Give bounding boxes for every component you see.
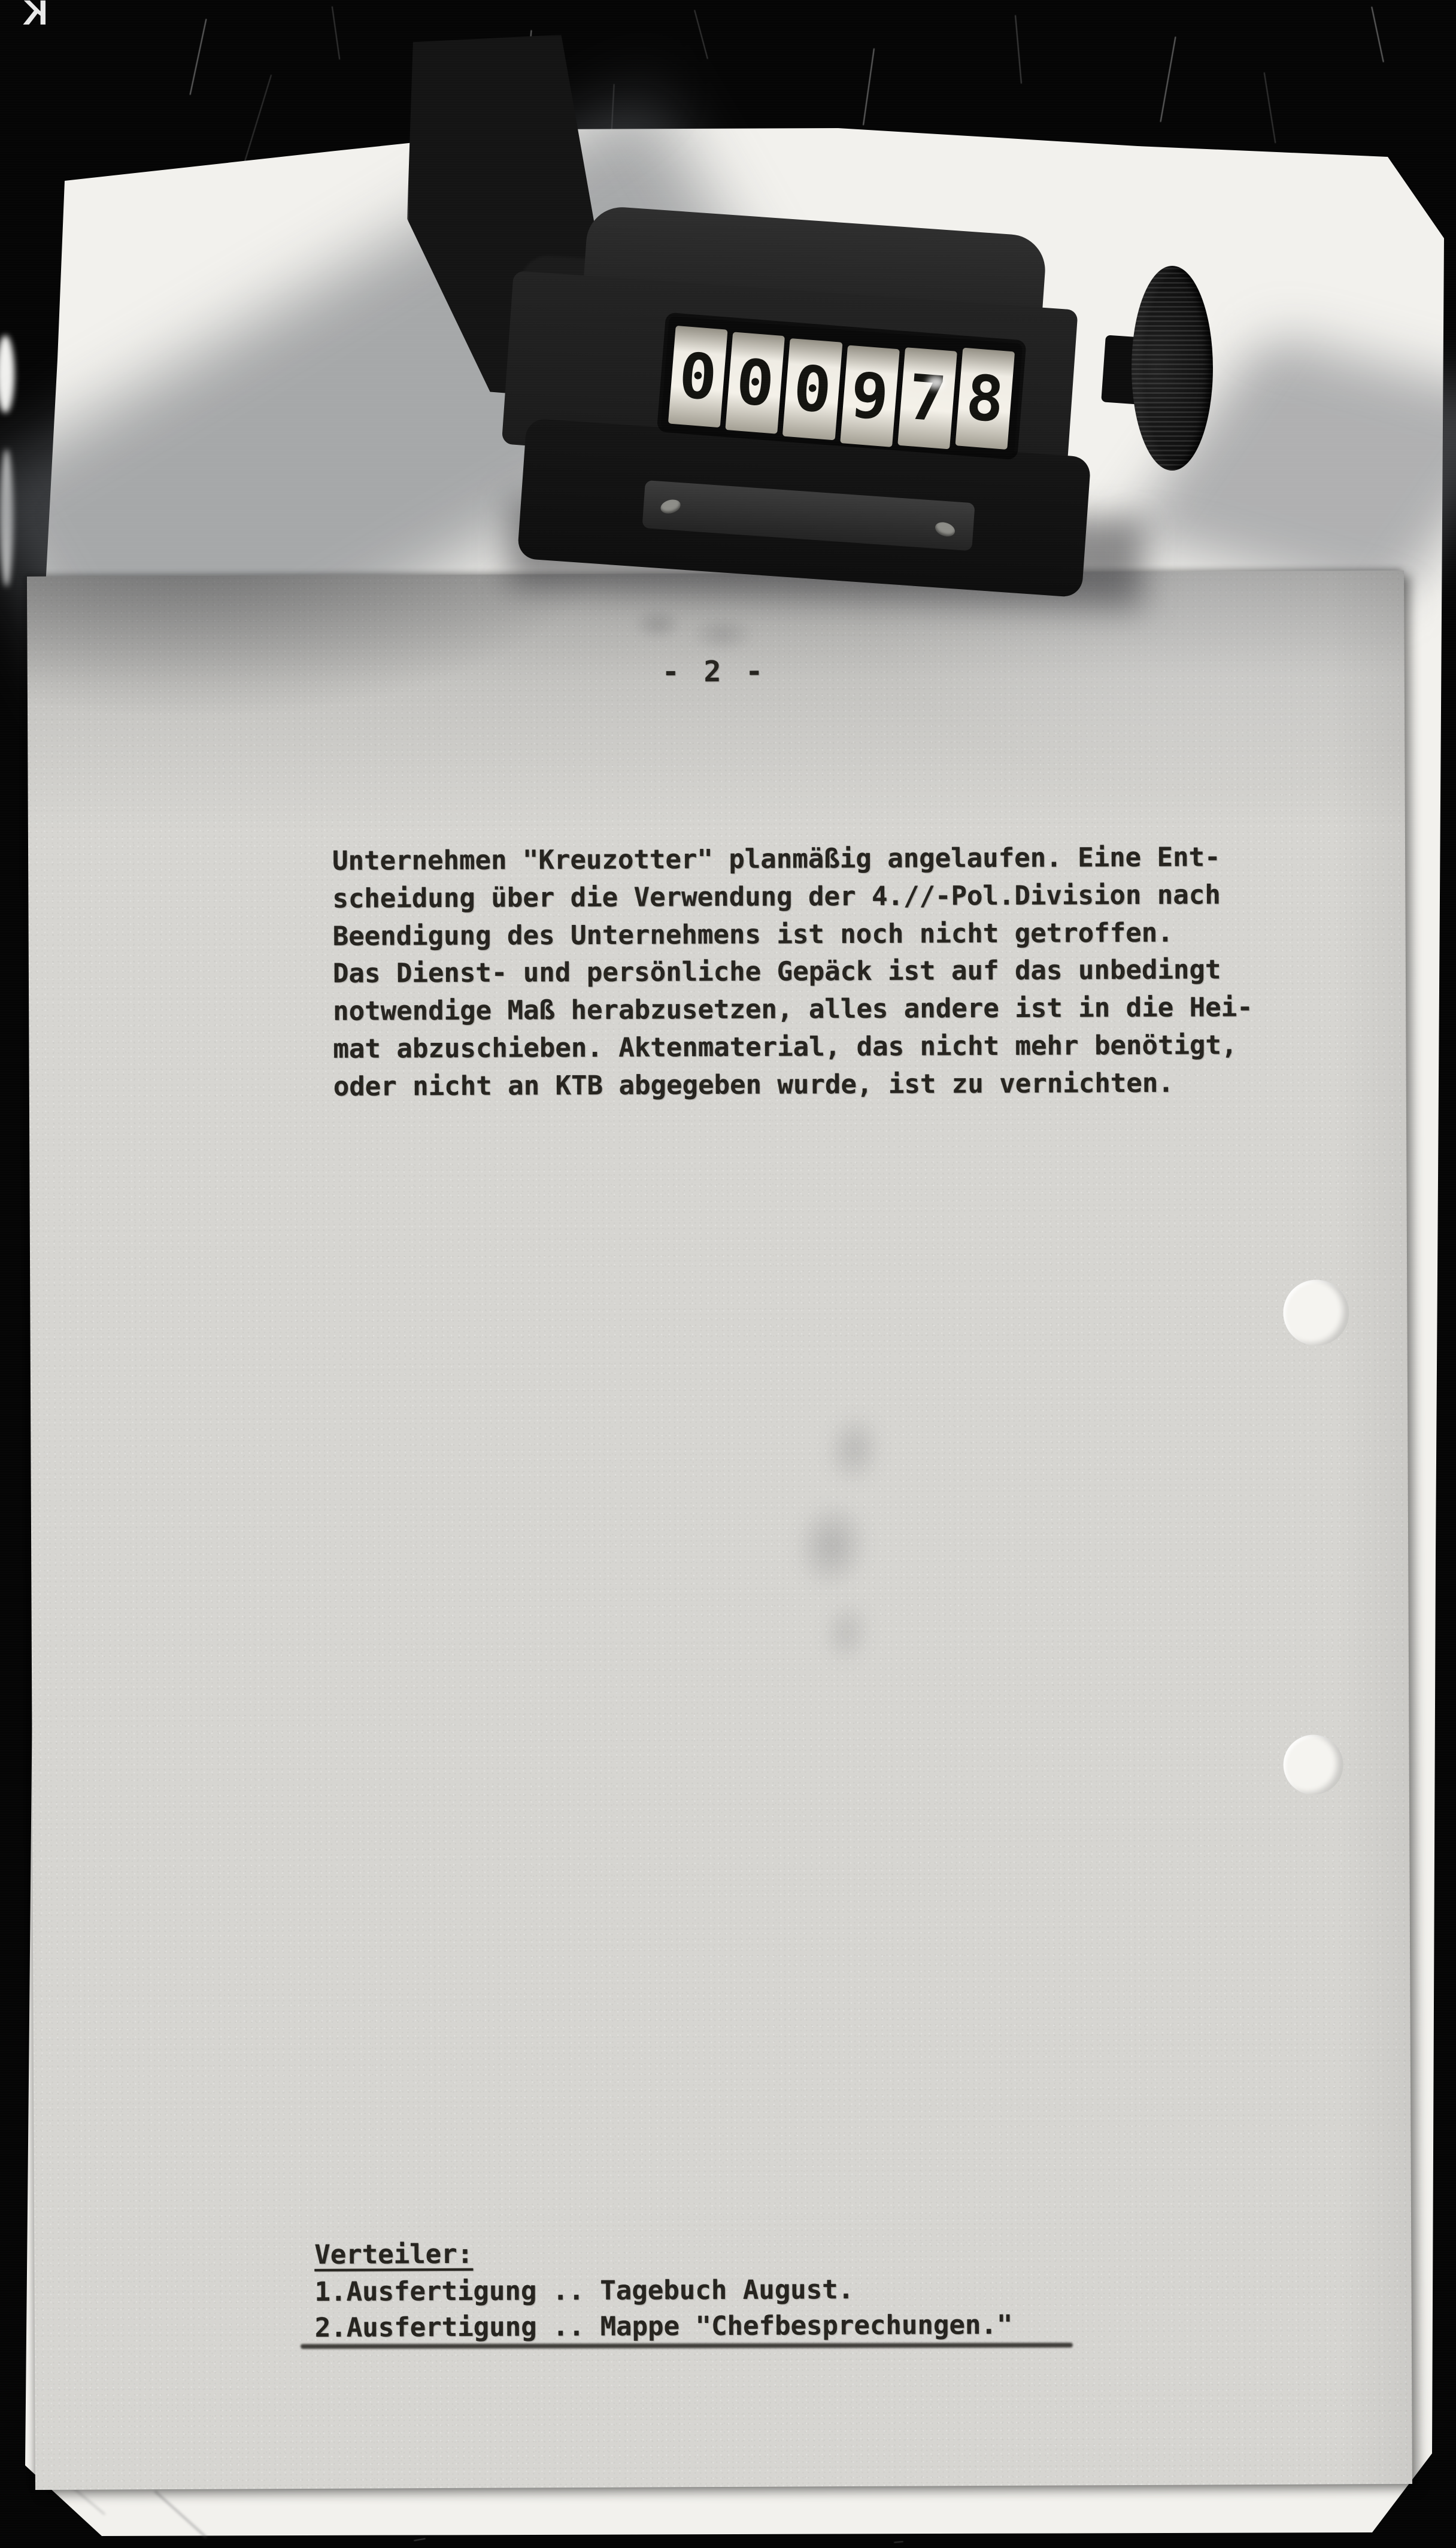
typed-line: scheidung über die Verwendung der 4.//-P… [332, 876, 1221, 917]
screw-icon [659, 498, 682, 516]
counter-digit: 7 [897, 347, 957, 449]
distribution-item: 2.Ausfertigung .. Mappe "Chefbesprechung… [315, 2307, 1013, 2346]
counter-digit: 9 [840, 345, 900, 447]
punch-hole-bottom [1284, 1734, 1343, 1794]
document-page: - 2 - Unternehmen "Kreuzotter" planmäßig… [27, 571, 1412, 2490]
film-edge-artifact [0, 335, 14, 413]
typed-line: Unternehmen "Kreuzotter" planmäßig angel… [332, 838, 1221, 879]
page-number: - 2 - [662, 655, 767, 689]
microfilm-scan: K - 2 - Unternehmen "Kreuzotter" planmäß… [0, 0, 1456, 2548]
counter-digit: 0 [726, 332, 785, 433]
distribution-item: 1.Ausfertigung .. Tagebuch August. [314, 2272, 854, 2310]
typed-line: Beendigung des Unternehmens ist noch nic… [333, 914, 1173, 955]
typed-line: notwendige Maß herabzusetzen, alles ande… [333, 988, 1253, 1030]
distribution-heading: Verteiler: [314, 2237, 473, 2273]
counter-digit: 0 [668, 326, 728, 427]
thumb-knob [1132, 266, 1213, 471]
screw-icon [933, 520, 957, 539]
glare-highlight [927, 376, 945, 389]
heavy-underline [301, 2343, 1073, 2349]
typed-line: Das Dienst- und persönliche Gepäck ist a… [333, 951, 1221, 992]
film-edge-artifact [0, 449, 13, 587]
typed-line: mat abzuschieben. Aktenmaterial, das nic… [333, 1026, 1237, 1068]
typed-line: oder nicht an KTB abgegeben wurde, ist z… [333, 1064, 1174, 1106]
ink-bleedthrough [747, 1383, 957, 1685]
punch-hole-top [1283, 1279, 1349, 1345]
counter-digit: 0 [782, 338, 842, 440]
film-frame-mark: K [23, 0, 48, 33]
counter-digit: 8 [955, 348, 1015, 450]
